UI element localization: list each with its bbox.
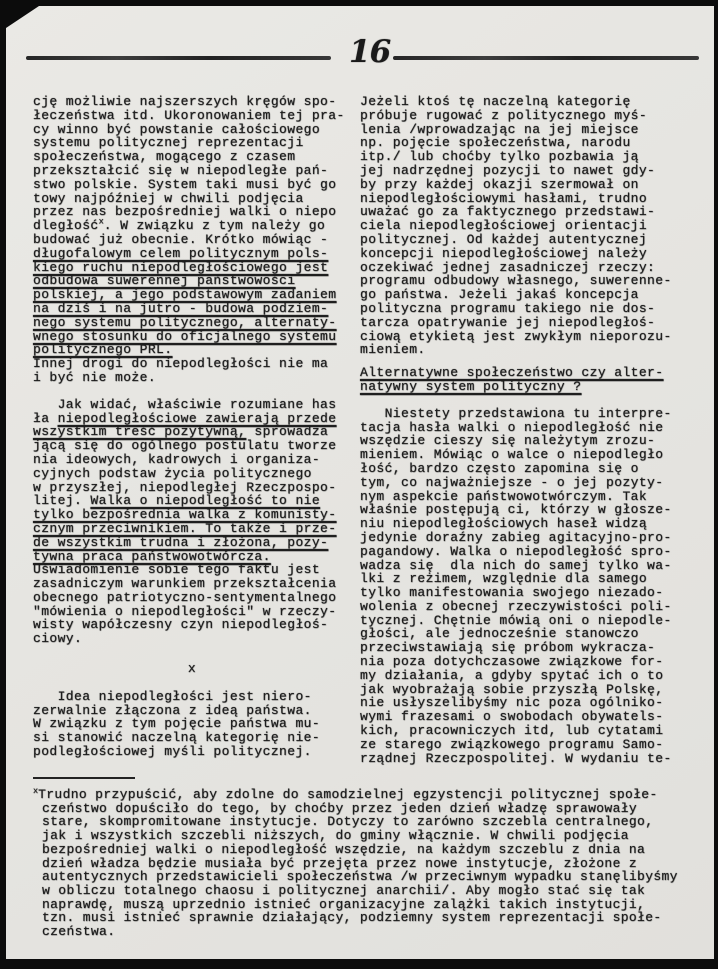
body-text: Uświadomienie sobie tego faktu jest zasa… (33, 562, 336, 646)
page-number: 16 (349, 34, 390, 70)
body-text: Jeżeli ktoś tę naczelną kategorię próbuj… (360, 94, 672, 357)
underlined-text: długofalowym celem politycznym pols- kie… (33, 246, 336, 358)
header-rule-left (26, 56, 331, 60)
paragraph: Idea niepodległości jest niero- zerwalni… (33, 690, 351, 759)
body-text: cję możliwie najszerszych kręgów spo- łe… (33, 94, 345, 233)
scan-border-top (0, 0, 718, 6)
text-column-left: cję możliwie najszerszych kręgów spo- łe… (33, 95, 351, 759)
paragraph: Niestety przedstawiona tu interpre- tacj… (360, 407, 710, 766)
section-divider: x (33, 662, 351, 676)
footnote-separator-rule (33, 777, 135, 779)
paragraph: Jak widać, właściwie rozumiane has ła ni… (33, 398, 351, 646)
scan-border-right (714, 0, 718, 969)
underlined-text: Alternatywne społeczeństwo czy alter- na… (360, 365, 663, 394)
body-text: Innej drogi do niepodległości nie ma i b… (33, 356, 328, 385)
footnote-body-text: Trudno przypuścić, aby zdolne do samodzi… (38, 787, 678, 939)
footnote-text: xTrudno przypuścić, aby zdolne do samodz… (33, 788, 713, 939)
scanned-document-page: 16 cję możliwie najszerszych kręgów spo-… (0, 0, 718, 969)
paragraph: cję możliwie najszerszych kręgów spo- łe… (33, 95, 351, 385)
scan-border-corner-wedge (0, 0, 48, 32)
scan-border-bottom (0, 959, 718, 969)
text-column-right: Jeżeli ktoś tę naczelną kategorię próbuj… (360, 95, 710, 765)
paragraph: Jeżeli ktoś tę naczelną kategorię próbuj… (360, 95, 710, 357)
footnote: xTrudno przypuścić, aby zdolne do samodz… (33, 777, 713, 939)
header-rule-right (393, 56, 699, 60)
body-text: Niestety przedstawiona tu interpre- tacj… (360, 406, 672, 766)
section-heading: Alternatywne społeczeństwo czy alter- na… (360, 366, 710, 394)
scan-border-left (0, 0, 6, 969)
body-text: Idea niepodległości jest niero- zerwalni… (33, 689, 320, 759)
